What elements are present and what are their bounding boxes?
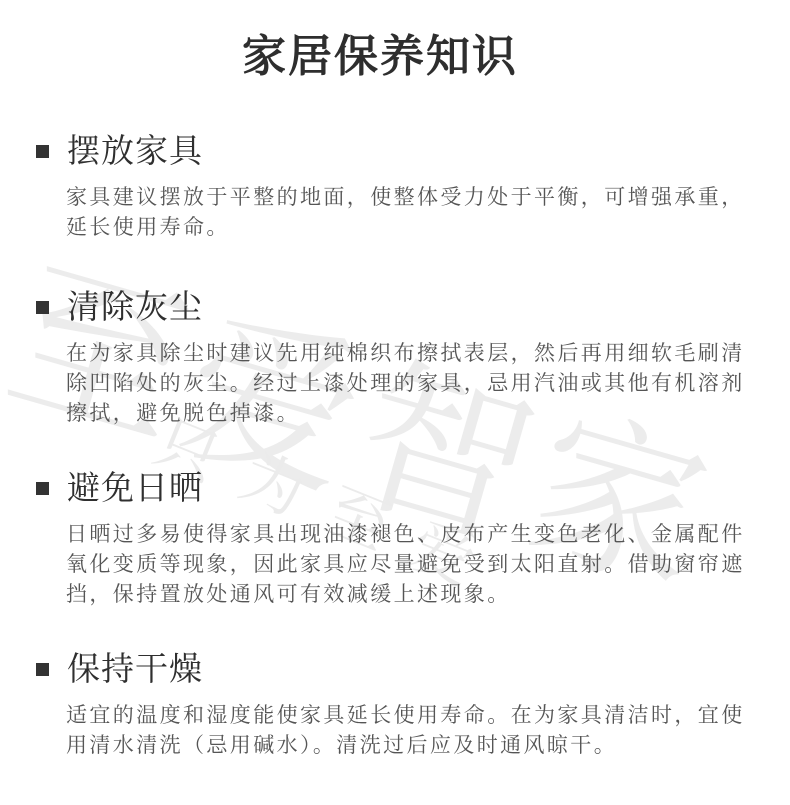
square-bullet-icon [36, 482, 49, 495]
section-keep-dry: 保持干燥 适宜的温度和湿度能使家具延长使用寿命。在为家具清洁时，宜使用清水清洗（… [34, 646, 770, 760]
section-header: 保持干燥 [34, 646, 770, 692]
section-placement: 摆放家具 家具建议摆放于平整的地面，使整体受力处于平衡，可增强承重，延长使用寿命… [34, 128, 770, 242]
square-bullet-icon [36, 301, 49, 314]
section-title: 摆放家具 [67, 128, 203, 174]
section-body: 家具建议摆放于平整的地面，使整体受力处于平衡，可增强承重，延长使用寿命。 [66, 182, 746, 242]
section-body: 适宜的温度和湿度能使家具延长使用寿命。在为家具清洁时，宜使用清水清洗（忌用碱水）… [66, 700, 746, 760]
section-header: 摆放家具 [34, 128, 770, 174]
section-sun-protection: 避免日晒 日晒过多易使得家具出现油漆褪色、皮布产生变色老化、金属配件氧化变质等现… [34, 465, 770, 609]
section-title: 清除灰尘 [67, 284, 203, 330]
square-bullet-icon [36, 663, 49, 676]
section-title: 保持干燥 [67, 646, 203, 692]
section-header: 避免日晒 [34, 465, 770, 511]
section-body: 日晒过多易使得家具出现油漆褪色、皮布产生变色老化、金属配件氧化变质等现象，因此家… [66, 519, 746, 609]
section-header: 清除灰尘 [34, 284, 770, 330]
section-dusting: 清除灰尘 在为家具除尘时建议先用纯棉织布擦拭表层，然后再用细软毛刷清除凹陷处的灰… [34, 284, 770, 428]
section-body: 在为家具除尘时建议先用纯棉织布擦拭表层，然后再用细软毛刷清除凹陷处的灰尘。经过上… [66, 338, 746, 428]
section-title: 避免日晒 [67, 465, 203, 511]
square-bullet-icon [36, 145, 49, 158]
page-title: 家居保养知识 [0, 20, 790, 84]
